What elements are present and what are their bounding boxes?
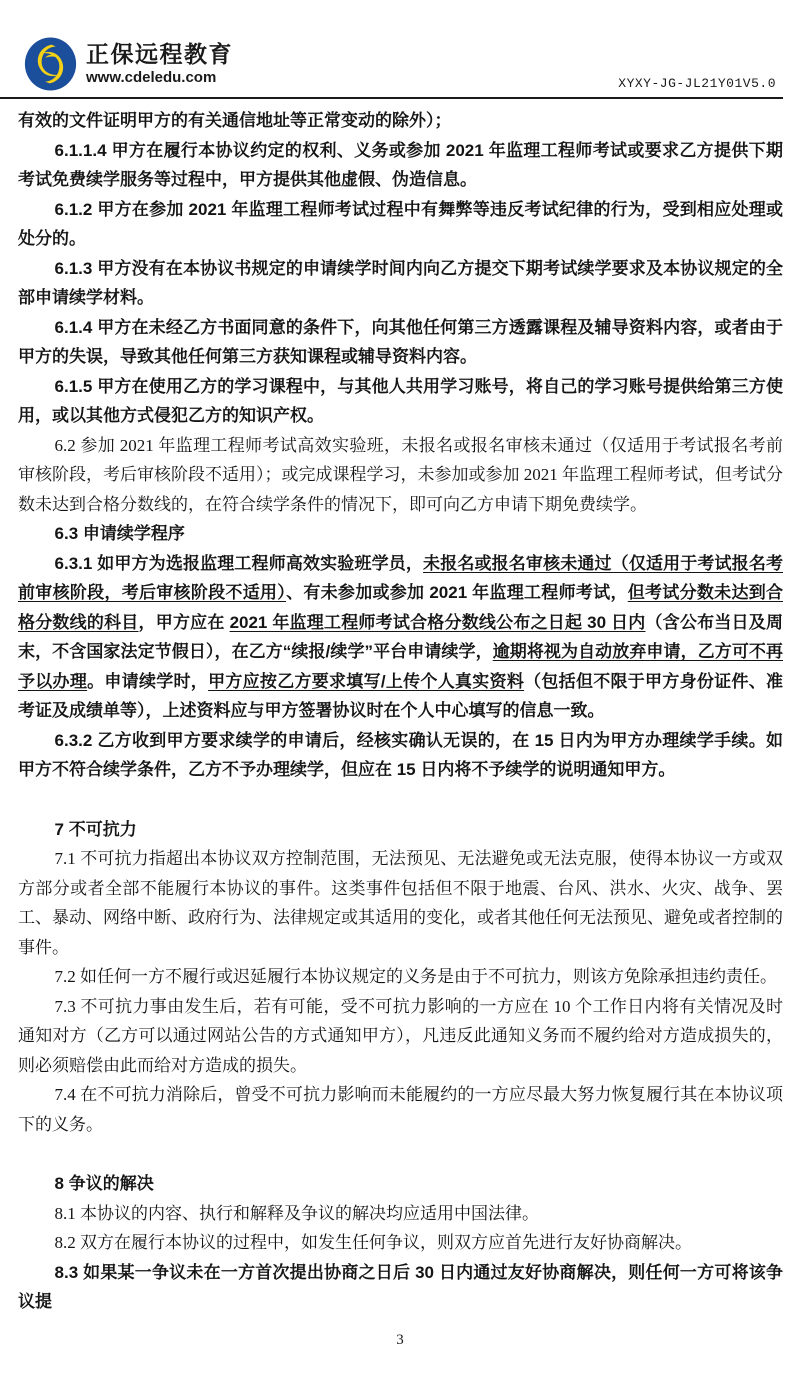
text-run: 6.3 申请续学程序 [55, 524, 185, 543]
text-run: 6.3.2 乙方收到甲方要求续学的申请后，经核实确认无误的，在 15 日内为甲方… [18, 731, 783, 780]
text-run: 8.3 如果某一争议未在一方首次提出协商之日后 30 日内通过友好协商解决，则任… [18, 1263, 783, 1312]
paragraph: 6.1.1.4 甲方在履行本协议约定的权利、义务或参加 2021 年监理工程师考… [18, 136, 783, 195]
paragraph: 8.1 本协议的内容、执行和解释及争议的解决均应适用中国法律。 [18, 1199, 783, 1229]
underlined-text: 甲方应按乙方要求填写/上传个人真实资料 [208, 672, 524, 691]
text-run: 7.3 不可抗力事由发生后，若有可能，受不可抗力影响的一方应在 10 个工作日内… [18, 997, 783, 1075]
text-run: 6.1.5 甲方在使用乙方的学习课程中，与其他人共用学习账号，将自己的学习账号提… [18, 377, 783, 426]
section-heading: 6.3 申请续学程序 [18, 519, 783, 549]
section-heading: 7 不可抗力 [18, 815, 783, 845]
page-footer: 3 [0, 1331, 800, 1379]
paragraph: 7.1 不可抗力指超出本协议双方控制范围，无法预见、无法避免或无法克服，使得本协… [18, 844, 783, 962]
text-run: 7.4 在不可抗力消除后，曾受不可抗力影响而未能履约的一方应尽最大努力恢复履行其… [18, 1085, 783, 1134]
paragraph: 7.3 不可抗力事由发生后，若有可能，受不可抗力影响的一方应在 10 个工作日内… [18, 992, 783, 1081]
text-run: 6.1.4 甲方在未经乙方书面同意的条件下，向其他任何第三方透露课程及辅导资料内… [18, 318, 783, 367]
text-run: 6.1.1.4 甲方在履行本协议约定的权利、义务或参加 2021 年监理工程师考… [18, 141, 783, 190]
brand-url: www.cdeledu.com [86, 69, 233, 87]
paragraph: 6.2 参加 2021 年监理工程师考试高效实验班，未报名或报名审核未通过（仅适… [18, 431, 783, 520]
underlined-text: 2021 年监理工程师考试合格分数线公布之日起 30 日内 [230, 613, 646, 632]
text-run: 、有未参加或参加 2021 年监理工程师考试， [286, 583, 628, 602]
text-run: 6.1.2 甲方在参加 2021 年监理工程师考试过程中有舞弊等违反考试纪律的行… [18, 200, 783, 249]
paragraph: 6.1.2 甲方在参加 2021 年监理工程师考试过程中有舞弊等违反考试纪律的行… [18, 195, 783, 254]
paragraph: 6.1.3 甲方没有在本协议书规定的申请续学时间内向乙方提交下期考试续学要求及本… [18, 254, 783, 313]
paragraph: 6.3.1 如甲方为选报监理工程师高效实验班学员，未报名或报名审核未通过（仅适用… [18, 549, 783, 726]
text-run: 有效的文件证明甲方的有关通信地址等正常变动的除外）； [18, 111, 452, 130]
paragraph: 6.3.2 乙方收到甲方要求续学的申请后，经核实确认无误的，在 15 日内为甲方… [18, 726, 783, 785]
text-run: 7.1 不可抗力指超出本协议双方控制范围，无法预见、无法避免或无法克服，使得本协… [18, 849, 783, 957]
paragraph: 6.1.4 甲方在未经乙方书面同意的条件下，向其他任何第三方透露课程及辅导资料内… [18, 313, 783, 372]
paragraph: 8.3 如果某一争议未在一方首次提出协商之日后 30 日内通过友好协商解决，则任… [18, 1258, 783, 1317]
doc-code: XYXY-JG-JL21Y01V5.0 [618, 76, 776, 92]
paragraph: 有效的文件证明甲方的有关通信地址等正常变动的除外）； [18, 106, 783, 136]
paragraph: 7.2 如任何一方不履行或迟延履行本协议规定的义务是由于不可抗力，则该方免除承担… [18, 962, 783, 992]
text-run: 7 不可抗力 [55, 820, 137, 839]
document-body: 有效的文件证明甲方的有关通信地址等正常变动的除外）；6.1.1.4 甲方在履行本… [0, 99, 800, 1317]
text-run: ，甲方应在 [139, 613, 230, 632]
brand: 正保远程教育 www.cdeledu.com [24, 36, 233, 92]
paragraph: 6.1.5 甲方在使用乙方的学习课程中，与其他人共用学习账号，将自己的学习账号提… [18, 372, 783, 431]
text-run: 6.1.3 甲方没有在本协议书规定的申请续学时间内向乙方提交下期考试续学要求及本… [18, 259, 783, 308]
brand-text: 正保远程教育 www.cdeledu.com [86, 41, 233, 86]
text-run: 6.3.1 如甲方为选报监理工程师高效实验班学员， [55, 554, 424, 573]
brand-logo-icon [24, 36, 77, 92]
text-run: 6.2 参加 2021 年监理工程师考试高效实验班，未报名或报名审核未通过（仅适… [18, 436, 783, 514]
paragraph: 8.2 双方在履行本协议的过程中，如发生任何争议，则双方应首先进行友好协商解决。 [18, 1228, 783, 1258]
text-run: 8.2 双方在履行本协议的过程中，如发生任何争议，则双方应首先进行友好协商解决。 [55, 1233, 693, 1252]
page-header: 正保远程教育 www.cdeledu.com XYXY-JG-JL21Y01V5… [0, 0, 800, 95]
document-page: 正保远程教育 www.cdeledu.com XYXY-JG-JL21Y01V5… [0, 0, 800, 1379]
text-run: 。申请续学时， [87, 672, 208, 691]
text-run: 8 争议的解决 [55, 1174, 154, 1193]
section-heading: 8 争议的解决 [18, 1169, 783, 1199]
page-number: 3 [396, 1332, 404, 1349]
text-run: 7.2 如任何一方不履行或迟延履行本协议规定的义务是由于不可抗力，则该方免除承担… [55, 967, 778, 986]
brand-name: 正保远程教育 [86, 41, 233, 67]
text-run: 8.1 本协议的内容、执行和解释及争议的解决均应适用中国法律。 [55, 1204, 540, 1223]
paragraph: 7.4 在不可抗力消除后，曾受不可抗力影响而未能履约的一方应尽最大努力恢复履行其… [18, 1080, 783, 1139]
